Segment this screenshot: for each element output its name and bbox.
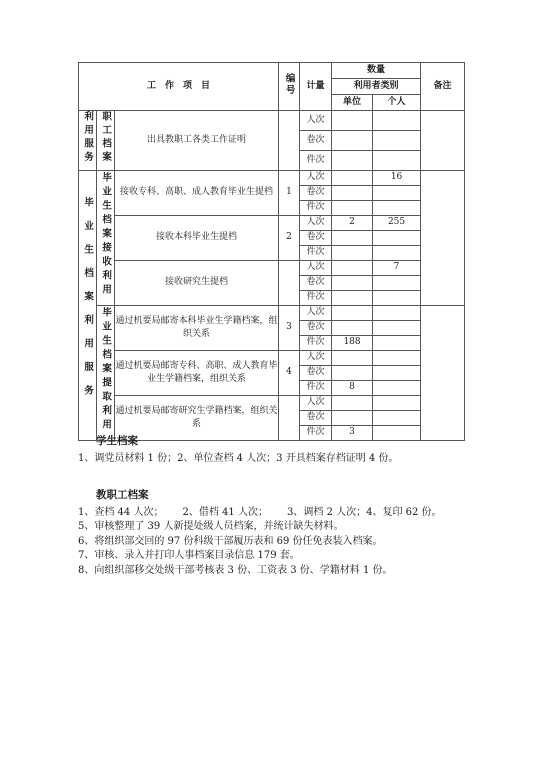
unit-value	[332, 185, 373, 200]
item-desc: 接收研究生提档	[115, 260, 279, 305]
staff-archive-heading: 教职工档案	[96, 487, 480, 502]
table-row: 通过机要局邮寄研究生学籍档案，组织关系 人次	[79, 395, 465, 410]
item-desc: 接收专科、高职、成人教育毕业生提档	[115, 170, 279, 215]
unit-value: 8	[332, 380, 373, 395]
person-value	[373, 395, 421, 410]
person-value	[373, 275, 421, 290]
staff-archive-line: 8、向组织部移交处级干部考核表 3 份、工资表 3 份、学籍材料 1 份。	[78, 564, 480, 579]
unit-value: 2	[332, 215, 373, 230]
group-label-cell: 毕业生档案提取利用	[97, 305, 115, 440]
table-row: 通过机要局邮寄专科、高职、成人教育毕业生学籍档案，组织关系 4 人次	[79, 350, 465, 365]
measure-cell: 件次	[300, 335, 332, 350]
person-value	[373, 230, 421, 245]
person-value	[373, 150, 421, 170]
measure-cell: 人次	[300, 395, 332, 410]
work-item-header: 工作项目	[79, 63, 279, 111]
item-desc: 通过机要局邮寄本科毕业生学籍档案，组织关系	[115, 305, 279, 350]
measure-header: 计量	[300, 63, 332, 111]
table-header-row: 工作项目 编号 计量 数量 备注	[79, 63, 465, 79]
person-value	[373, 111, 421, 131]
document-page: 工作项目 编号 计量 数量 备注 利用者类别 单位 个人 利用服务 职工档案 出…	[0, 0, 543, 768]
measure-cell: 卷次	[300, 230, 332, 245]
section-label: 毕业生档案利用服务	[81, 197, 94, 409]
unit-value	[332, 200, 373, 215]
group-label-cell: 毕业生档案接收利用	[97, 170, 115, 305]
quantity-header: 数量	[332, 63, 421, 79]
unit-value	[332, 150, 373, 170]
measure-cell: 卷次	[300, 365, 332, 380]
measure-cell: 卷次	[300, 130, 332, 150]
measure-cell: 卷次	[300, 275, 332, 290]
measure-cell: 件次	[300, 380, 332, 395]
unit-value	[332, 320, 373, 335]
unit-value	[332, 365, 373, 380]
person-value	[373, 410, 421, 425]
unit-value	[332, 230, 373, 245]
item-no	[279, 111, 300, 171]
item-no: 4	[279, 350, 300, 395]
measure-cell: 卷次	[300, 185, 332, 200]
person-value	[373, 200, 421, 215]
student-archive-line: 1、调党员材料 1 份；2、单位查档 4 人次；3 开具档案存档证明 4 份。	[78, 452, 480, 467]
section-label-cell: 利用服务	[79, 111, 97, 171]
person-value	[373, 365, 421, 380]
unit-value	[332, 245, 373, 260]
unit-value: 188	[332, 335, 373, 350]
user-category-header: 利用者类别	[332, 79, 421, 95]
measure-cell: 人次	[300, 305, 332, 320]
number-header-label: 编号	[282, 73, 295, 96]
measure-cell: 件次	[300, 290, 332, 305]
unit-value	[332, 410, 373, 425]
person-value	[373, 290, 421, 305]
unit-value	[332, 260, 373, 275]
table-row: 接收本科毕业生提档 2 人次 2 255	[79, 215, 465, 230]
remarks-cell	[421, 170, 465, 305]
staff-archive-line: 1、查档 44 人次； 2、借档 41 人次； 3、调档 2 人次；4、复印 6…	[78, 506, 480, 521]
staff-archive-line: 5、审核整理了 39 人新提处级人员档案，并统计缺失材料。	[78, 520, 480, 535]
notes-section: 学生档案 1、调党员材料 1 份；2、单位查档 4 人次；3 开具档案存档证明 …	[78, 433, 480, 578]
item-no: 3	[279, 305, 300, 350]
person-value	[373, 320, 421, 335]
unit-value	[332, 275, 373, 290]
measure-cell: 人次	[300, 260, 332, 275]
section-label-cell: 毕业生档案利用服务	[79, 170, 97, 440]
person-column-header: 个人	[373, 95, 421, 111]
measure-cell: 人次	[300, 350, 332, 365]
measure-cell: 件次	[300, 150, 332, 170]
person-value	[373, 185, 421, 200]
remarks-header: 备注	[421, 63, 465, 111]
table-row: 毕业生档案利用服务 毕业生档案接收利用 接收专科、高职、成人教育毕业生提档 1 …	[79, 170, 465, 185]
measure-cell: 人次	[300, 215, 332, 230]
remarks-cell	[421, 111, 465, 171]
group-label-cell: 职工档案	[97, 111, 115, 171]
measure-cell: 人次	[300, 170, 332, 185]
measure-cell: 件次	[300, 200, 332, 215]
item-no: 1	[279, 170, 300, 215]
work-items-table: 工作项目 编号 计量 数量 备注 利用者类别 单位 个人 利用服务 职工档案 出…	[78, 62, 465, 441]
item-desc: 通过机要局邮寄专科、高职、成人教育毕业生学籍档案，组织关系	[115, 350, 279, 395]
person-value: 255	[373, 215, 421, 230]
remarks-cell	[421, 305, 465, 440]
measure-cell: 件次	[300, 245, 332, 260]
item-no	[279, 260, 300, 305]
item-desc: 出具教职工各类工作证明	[115, 111, 279, 171]
unit-value	[332, 395, 373, 410]
unit-value	[332, 130, 373, 150]
person-value	[373, 130, 421, 150]
section-label: 利用服务	[81, 111, 94, 165]
unit-value	[332, 170, 373, 185]
unit-value	[332, 111, 373, 131]
person-value: 16	[373, 170, 421, 185]
person-value	[373, 350, 421, 365]
person-value: 7	[373, 260, 421, 275]
group-label: 毕业生档案提取利用	[99, 307, 112, 433]
person-value	[373, 245, 421, 260]
staff-archive-line: 6、将组织部交回的 97 份科级干部履历表和 69 份任免表装入档案。	[78, 535, 480, 550]
student-archive-heading: 学生档案	[96, 433, 480, 448]
table-row: 接收研究生提档 人次 7	[79, 260, 465, 275]
person-value	[373, 380, 421, 395]
unit-value	[332, 350, 373, 365]
staff-archive-line: 7、审核、录入并打印人事档案目录信息 179 套。	[78, 549, 480, 564]
table-row: 利用服务 职工档案 出具教职工各类工作证明 人次	[79, 111, 465, 131]
measure-cell: 卷次	[300, 320, 332, 335]
group-label: 职工档案	[99, 111, 112, 165]
group-label: 毕业生档案接收利用	[99, 172, 112, 298]
staff-archive-block: 教职工档案 1、查档 44 人次； 2、借档 41 人次； 3、调档 2 人次；…	[78, 487, 480, 579]
person-value	[373, 305, 421, 320]
number-header: 编号	[279, 63, 300, 111]
item-desc: 接收本科毕业生提档	[115, 215, 279, 260]
unit-value	[332, 305, 373, 320]
table-row: 毕业生档案提取利用 通过机要局邮寄本科毕业生学籍档案，组织关系 3 人次	[79, 305, 465, 320]
unit-column-header: 单位	[332, 95, 373, 111]
person-value	[373, 335, 421, 350]
item-no: 2	[279, 215, 300, 260]
measure-cell: 人次	[300, 111, 332, 131]
measure-cell: 卷次	[300, 410, 332, 425]
unit-value	[332, 290, 373, 305]
